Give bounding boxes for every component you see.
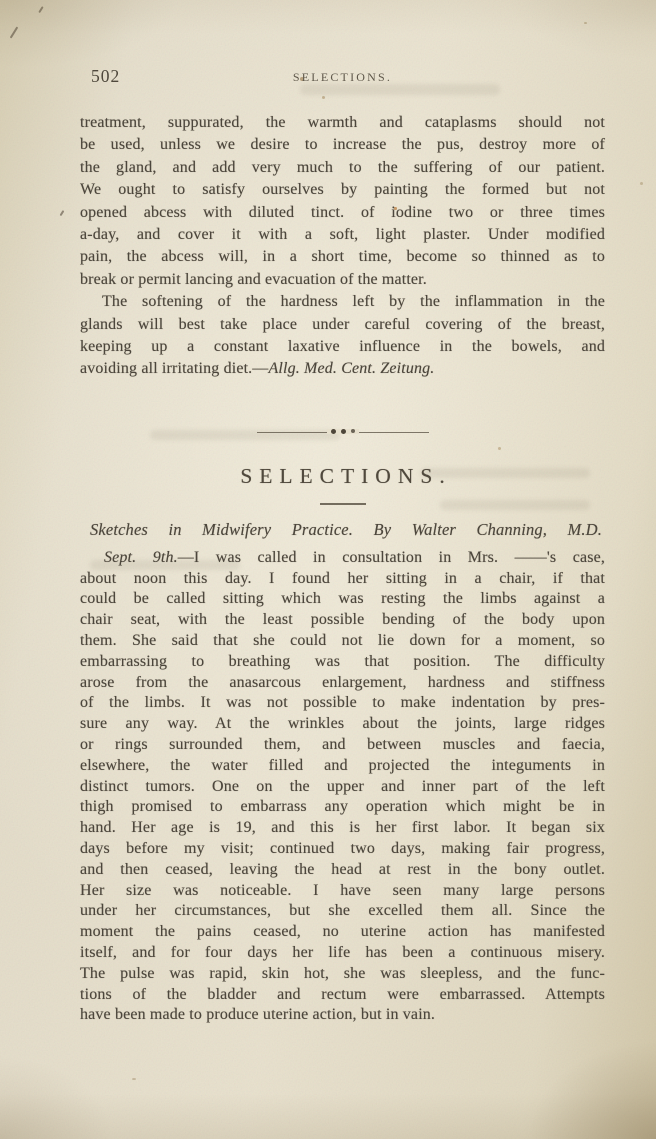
text-line: days before my visit; continued two days… — [80, 839, 605, 860]
divider-dot — [341, 429, 346, 434]
text-line: moment the pains ceased, no uterine acti… — [80, 922, 605, 943]
text-line: glands will best take place under carefu… — [80, 314, 605, 336]
paper-speck — [132, 1078, 136, 1080]
section-heading: SELECTIONS. — [80, 464, 605, 489]
paragraph-softening: The softening of the hardness left by th… — [80, 291, 605, 358]
text-line: the gland, and add very much to the suff… — [80, 157, 605, 179]
text-line: keeping up a constant laxative influence… — [80, 336, 605, 358]
text-line: The pulse was rapid, skin hot, she was s… — [80, 964, 605, 985]
entry-date-italic: Sept. 9th. — [104, 549, 178, 566]
text-column: treatment, suppurated, the warmth and ca… — [80, 112, 605, 1026]
corner-mark — [10, 26, 19, 38]
text-line: opened abcess with diluted tinct. of iod… — [80, 202, 605, 224]
text-line: treatment, suppurated, the warmth and ca… — [80, 112, 605, 134]
show-through-smudge — [300, 84, 500, 95]
text-line: of the limbs. It was not possible to mak… — [80, 693, 605, 714]
text-line: distinct tumors. One on the upper and in… — [80, 777, 605, 798]
text-line: under her circumstances, but she excelle… — [80, 901, 605, 922]
text-line: pain, the abcess will, in a short time, … — [80, 246, 605, 268]
paper-speck — [584, 22, 587, 24]
text-line: could be called sitting which was restin… — [80, 589, 605, 610]
article-first-line: Sept. 9th.—I was called in consultation … — [80, 548, 605, 569]
text-line: break or permit lancing and evacuation o… — [80, 269, 605, 291]
text-line: a-day, and cover it with a soft, light p… — [80, 224, 605, 246]
text-line: thigh promised to embarrass any operatio… — [80, 797, 605, 818]
paper-speck — [38, 6, 43, 13]
text-line: chair seat, with the least possible bend… — [80, 610, 605, 631]
text-line: them. She said that she could not lie do… — [80, 631, 605, 652]
text-line: tions of the bladder and rectum were emb… — [80, 985, 605, 1006]
article-body: Sept. 9th.—I was called in consultation … — [80, 548, 605, 1026]
text-line: sure any way. At the wrinkles about the … — [80, 714, 605, 735]
text-line: about noon this day. I found her sitting… — [80, 569, 605, 590]
running-head: SELECTIONS. — [80, 66, 605, 85]
article-author-italic: By Walter Channing, M.D. — [374, 520, 602, 539]
text-line: elsewhere, the water filled and projecte… — [80, 756, 605, 777]
divider-dots — [327, 429, 359, 434]
article-lines: about noon this day. I found her sitting… — [80, 569, 605, 1027]
text-line: have been made to produce uterine action… — [80, 1005, 605, 1026]
paper-speck — [322, 96, 325, 99]
journal-citation-italic: Allg. Med. Cent. Zeitung. — [268, 360, 434, 377]
heading-rule — [320, 503, 366, 505]
text-line: hand. Her age is 19, and this is her fir… — [80, 818, 605, 839]
text-line: embarrassing to breathing was that posit… — [80, 652, 605, 673]
book-page-scan: 502 SELECTIONS. treatment, suppurated, t… — [0, 0, 656, 1139]
text-line: Her size was noticeable. I have seen man… — [80, 881, 605, 902]
paragraph-softening-last-line: avoiding all irritating diet.—Allg. Med.… — [80, 358, 605, 380]
paper-speck — [640, 182, 643, 185]
text-line: and then ceased, leaving the head at res… — [80, 860, 605, 881]
text-line: We ought to satisfy ourselves by paintin… — [80, 179, 605, 201]
citation-lead-text: avoiding all irritating diet.— — [80, 360, 268, 377]
article-title-italic: Sketches in Midwifery Practice. — [90, 520, 353, 539]
divider-dot — [351, 429, 355, 433]
divider-dot — [331, 429, 336, 434]
paragraph-treatment: treatment, suppurated, the warmth and ca… — [80, 112, 605, 291]
first-line-text: —I was called in consultation in Mrs. ——… — [178, 549, 605, 566]
text-line: be used, unless we desire to increase th… — [80, 134, 605, 156]
article-title-byline: Sketches in Midwifery Practice. By Walte… — [80, 518, 605, 541]
paper-speck — [60, 210, 64, 216]
page-header: 502 SELECTIONS. — [80, 66, 605, 85]
text-line: arose from the anasarcous enlargement, h… — [80, 673, 605, 694]
text-line: itself, and for four days her life has b… — [80, 943, 605, 964]
section-divider-ornament — [257, 428, 429, 438]
page-number: 502 — [91, 66, 120, 87]
text-line: The softening of the hardness left by th… — [80, 291, 605, 313]
text-line: or rings surrounded them, and between mu… — [80, 735, 605, 756]
